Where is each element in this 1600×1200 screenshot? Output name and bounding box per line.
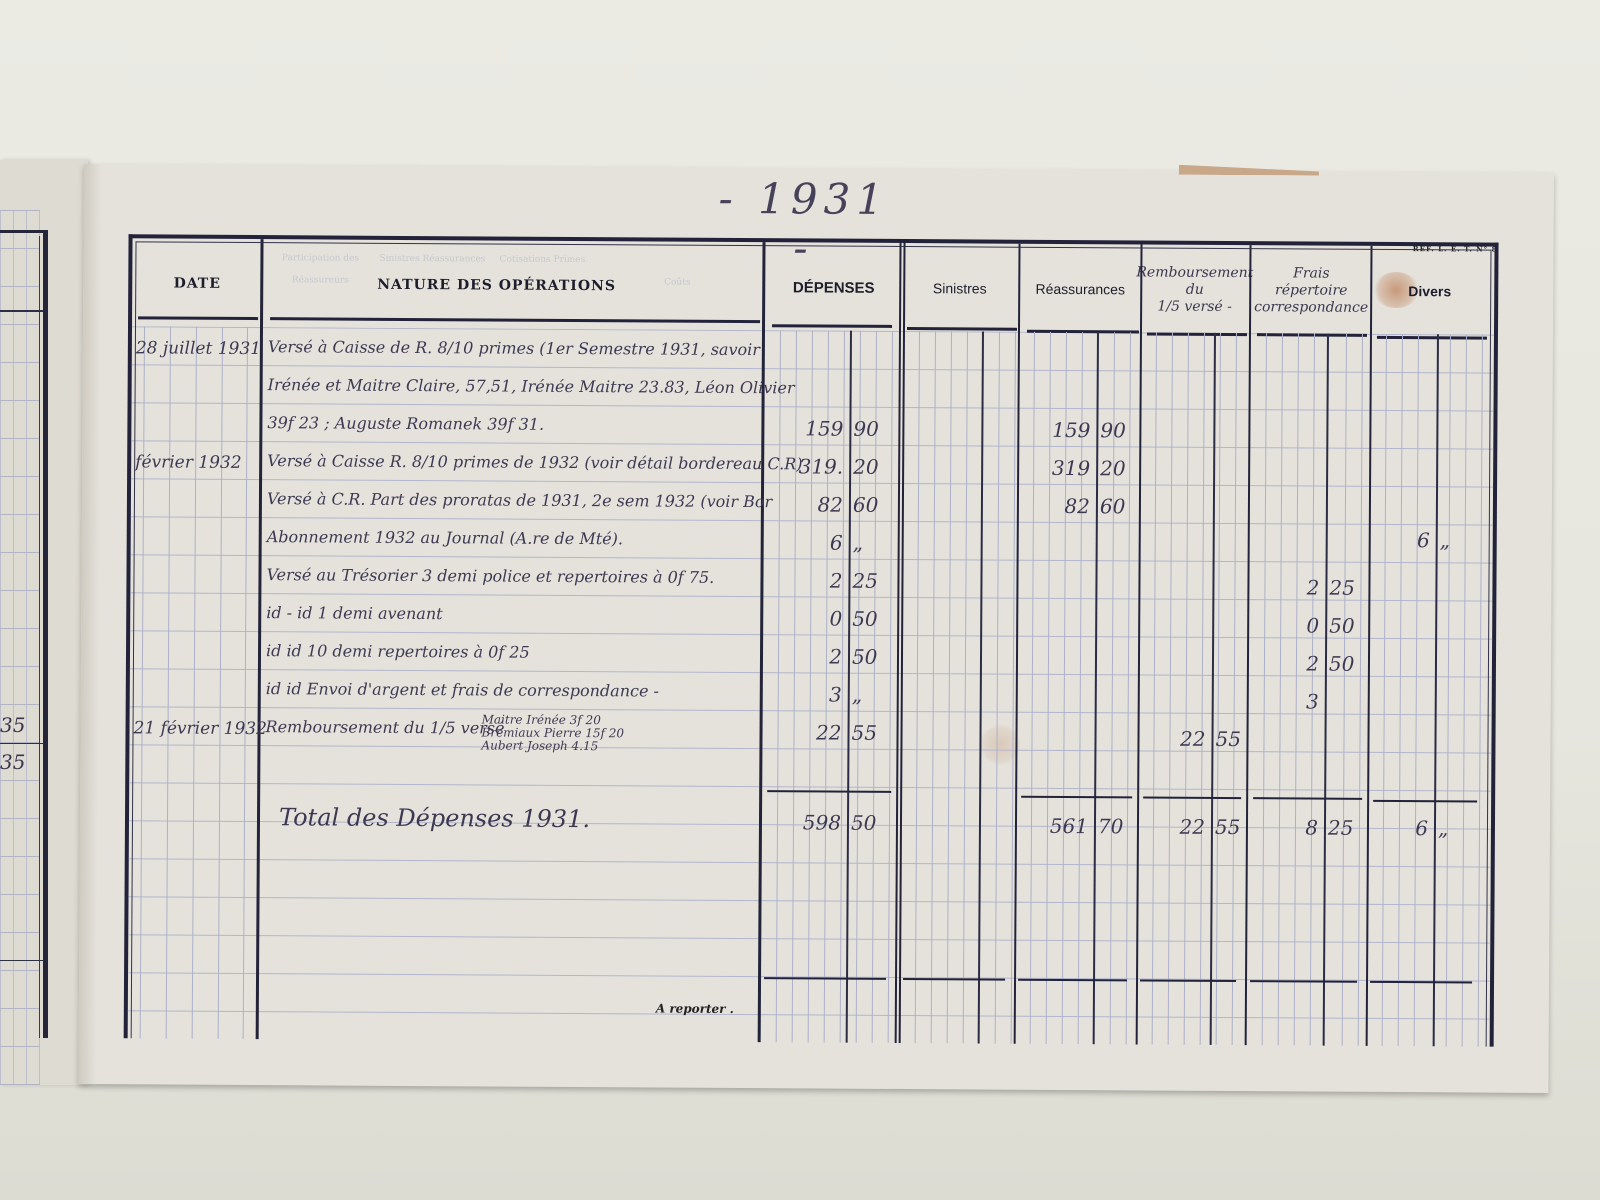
depenses-amount-francs: 319. — [767, 454, 843, 478]
total-remboursement-centimes: 55 — [1215, 815, 1245, 839]
depenses-amount-francs: 6 — [767, 530, 843, 554]
entry-description: id id Envoi d'argent et frais de corresp… — [266, 679, 659, 700]
left-page-amount: 35 — [0, 750, 25, 774]
frais-amount-francs: 3 — [1252, 689, 1319, 713]
depenses-amount-centimes: 25 — [852, 569, 896, 593]
depenses-amount-francs: 0 — [766, 606, 842, 630]
header-line: 1/5 versé - — [1157, 298, 1232, 315]
entry-description: id - id 1 demi avenant — [266, 603, 442, 623]
frais-amount-francs: 2 — [1252, 651, 1319, 675]
header-line: Frais — [1293, 265, 1330, 282]
depenses-amount-centimes: 20 — [853, 455, 897, 479]
depenses-amount-francs: 2 — [766, 644, 842, 668]
frais-amount-francs: 0 — [1252, 613, 1319, 637]
ledger-table: Participation des Réassureurs Sinistres … — [124, 234, 1499, 1046]
column-header-remboursement: Remboursement du 1/5 versé - — [1142, 254, 1247, 325]
entry-description: Versé à Caisse R. 8/10 primes de 1932 (v… — [267, 451, 802, 473]
reassurances-amount-francs: 159 — [1021, 418, 1090, 442]
entry-description: Remboursement du 1/5 versé — [266, 717, 505, 737]
divers-amount-francs: 6 — [1373, 528, 1430, 552]
depenses-amount-centimes: 50 — [852, 607, 896, 631]
total-divers-centimes: „ — [1438, 816, 1481, 840]
entry-date: 21 février 1932 — [133, 718, 267, 739]
header-line: du — [1186, 281, 1204, 298]
left-header-rule — [0, 310, 43, 312]
header-line: correspondance — [1254, 299, 1368, 317]
depenses-amount-centimes: 50 — [852, 645, 896, 669]
divers-amount-centimes: „ — [1440, 528, 1483, 552]
frais-amount-centimes: 50 — [1329, 652, 1367, 676]
depenses-amount-francs: 3 — [766, 682, 842, 706]
left-page-frame — [0, 230, 48, 1038]
reassurances-amount-centimes: 20 — [1100, 456, 1138, 480]
column-header-sinistres: Sinistres — [902, 253, 1017, 324]
remboursement-amount-francs: 22 — [1141, 726, 1205, 750]
header-rule — [772, 324, 892, 328]
total-label: Total des Dépenses 1931. — [279, 803, 590, 833]
reassurances-amount-centimes: 90 — [1100, 418, 1138, 442]
depenses-amount-centimes: „ — [852, 683, 896, 707]
column-header-reassurances: Réassurances — [1020, 254, 1140, 325]
total-depenses-centimes: 50 — [851, 811, 895, 835]
header-line: répertoire — [1275, 282, 1348, 299]
entry-description: Abonnement 1932 au Journal (A.re de Mté)… — [267, 527, 623, 548]
entry-description: id id 10 demi repertoires à 0f 25 — [266, 641, 530, 662]
depenses-amount-centimes: „ — [853, 531, 897, 555]
depenses-amount-centimes: 55 — [851, 721, 895, 745]
entry-detail: Aubert Joseph 4.15 — [481, 738, 598, 753]
entry-description: Versé au Trésorier 3 demi police et repe… — [266, 565, 714, 587]
frais-amount-centimes: 25 — [1329, 576, 1367, 600]
depenses-amount-centimes: 60 — [853, 493, 897, 517]
column-header-frais: Frais répertoire correspondance — [1252, 255, 1370, 326]
depenses-amount-francs: 82 — [767, 492, 843, 516]
depenses-amount-centimes: 90 — [853, 417, 897, 441]
left-total-rule — [0, 743, 43, 744]
entry-description: Irénée et Maitre Claire, 57,51, Irénée M… — [268, 375, 795, 397]
reassurances-amount-francs: 319 — [1021, 456, 1090, 480]
header-rule — [1147, 332, 1247, 336]
frais-amount-centimes: 50 — [1329, 614, 1367, 638]
total-reassurances-francs: 561 — [1019, 814, 1088, 838]
a-reporter-label: A reporter . — [656, 1002, 734, 1016]
left-bottom-rule — [0, 960, 43, 961]
column-header-divers: Divers — [1372, 256, 1487, 327]
entry-date: 28 juillet 1931 — [136, 338, 261, 359]
column-header-date: DATE — [132, 248, 262, 319]
column-header-nature: NATURE DES OPÉRATIONS — [267, 249, 767, 322]
frais-amount-francs: 2 — [1252, 575, 1319, 599]
reassurances-amount-centimes: 60 — [1100, 494, 1138, 518]
header-line: Remboursement — [1136, 264, 1253, 282]
left-page-amount: 35 — [0, 713, 25, 737]
remboursement-amount-centimes: 55 — [1215, 727, 1245, 751]
ledger-page: - 1931 - RÉF. L. E. T. N° 8 Participatio… — [78, 164, 1554, 1093]
header-rule — [138, 316, 258, 320]
total-divers-francs: 6 — [1371, 816, 1428, 840]
total-reassurances-centimes: 70 — [1098, 814, 1136, 838]
total-depenses-francs: 598 — [765, 810, 841, 834]
total-remboursement-francs: 22 — [1141, 814, 1205, 838]
reassurances-amount-francs: 82 — [1021, 494, 1090, 518]
entry-date: février 1932 — [135, 452, 241, 473]
total-frais-centimes: 25 — [1328, 816, 1366, 840]
entry-description: Versé à Caisse de R. 8/10 primes (1er Se… — [268, 337, 760, 359]
total-frais-francs: 8 — [1251, 815, 1318, 839]
left-page: 35 35 — [0, 160, 88, 1085]
entry-description: Versé à C.R. Part des proratas de 1931, … — [267, 489, 772, 511]
entry-description: 39f 23 ; Auguste Romanek 39f 31. — [267, 413, 544, 434]
depenses-amount-francs: 22 — [765, 720, 841, 744]
column-header-depenses: DÉPENSES — [767, 252, 900, 323]
depenses-amount-francs: 2 — [766, 568, 842, 592]
depenses-amount-francs: 159 — [767, 416, 843, 440]
